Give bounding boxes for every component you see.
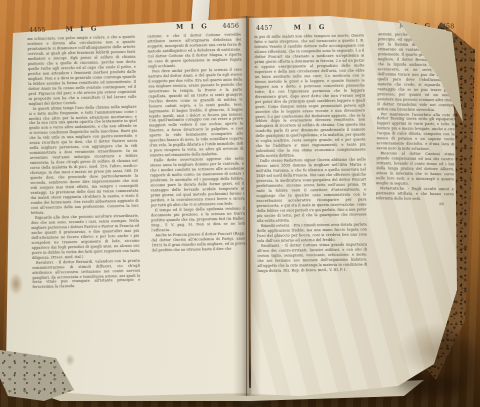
body-paragraph: Metastatiche. - Dagli occulti umori e pa… xyxy=(376,186,454,202)
text-column-4456: M I G 4456 cazione; e che il dottor Cott… xyxy=(147,22,248,356)
body-paragraph: Rimedii esterni. - Fra i rimedi esterni … xyxy=(257,222,367,243)
body-paragraph: in piu di mille malati non ebbe tampoco … xyxy=(254,33,366,159)
column-number: 4456 xyxy=(222,22,239,30)
column-number: 4458 xyxy=(438,22,455,30)
body-paragraph: ma schiacciato, con polso ampio e celere… xyxy=(27,35,136,107)
right-page-print: 4457 M I G in piu di mille malati non eb… xyxy=(254,21,457,368)
text-column-4455: 4455 M I G ma schiacciato, con polso amp… xyxy=(27,24,142,356)
photo-open-antique-book: 4455 M I G ma schiacciato, con polso amp… xyxy=(0,0,480,407)
body-paragraph: Riescono al dottor Cantoni stima grande … xyxy=(376,151,454,187)
body-paragraph: Per mantenere l'assorbito alla cute il d… xyxy=(376,112,455,153)
body-paragraph: Dalle dotte osservazioni apprese che nel… xyxy=(150,157,245,209)
column-body: cazione; e che il dottor Cottone vorrebb… xyxy=(147,33,246,254)
body-paragraph: In questi ultimi tempi l'uso della chini… xyxy=(29,104,139,216)
body-paragraph: cazione; e che il dottor Cottone vorrebb… xyxy=(147,33,242,70)
body-paragraph: Riguardo alle dosi che possono ascoltare… xyxy=(31,214,140,261)
column-body: ma schiacciato, con polso ampio e celere… xyxy=(27,35,140,291)
running-head: M I G xyxy=(294,23,327,31)
column-number: 4455 xyxy=(29,26,46,34)
body-paragraph: Non deve andar perduto per la scienza il… xyxy=(148,67,244,158)
column-body: in piu di mille malati non ebbe tampoco … xyxy=(254,33,367,273)
column-number: 4457 xyxy=(256,24,273,32)
left-page-print: 4455 M I G ma schiacciato, con polso amp… xyxy=(27,21,250,361)
text-column-4457: 4457 M I G in piu di mille malati non eb… xyxy=(254,22,369,360)
signature-mark: 50 xyxy=(376,201,454,206)
body-paragraph: Il tempo ed il luogo della epidemia rend… xyxy=(151,206,245,233)
body-paragraph: Risultanti. - Il dottor Cottone stima gr… xyxy=(257,242,367,273)
running-head: M I G xyxy=(176,22,209,31)
body-paragraph: Dallo stesso Redattore signor Guerin abb… xyxy=(256,158,367,224)
body-paragraph: Revulsivi. - Il dottor Bernardi, valendo… xyxy=(32,258,141,290)
body-paragraph: Anche in Francia presso il dottor Foucar… xyxy=(151,231,245,253)
running-head: M I G xyxy=(66,24,99,33)
